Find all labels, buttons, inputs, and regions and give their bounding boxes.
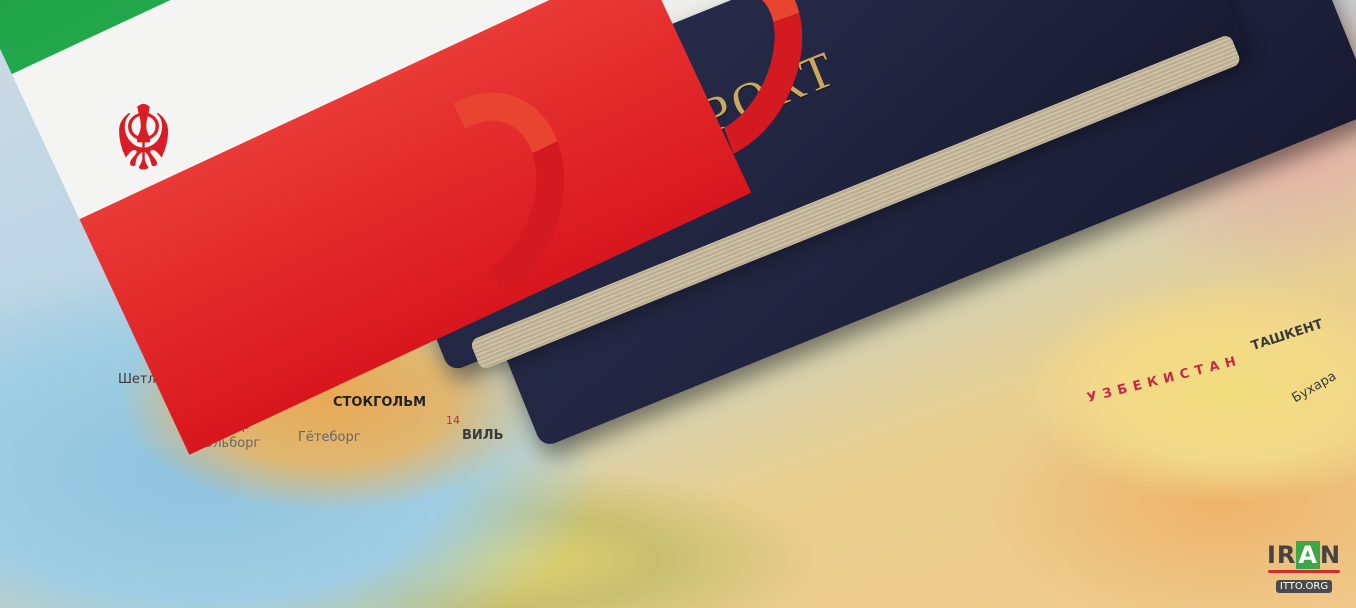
logo-wordmark: IRAN xyxy=(1264,541,1344,569)
map-label: СТОКГОЛЬМ xyxy=(333,395,426,410)
emblem-icon: ☬ xyxy=(112,86,176,191)
map-label: Гётеборг xyxy=(298,430,361,445)
map-label: 14 xyxy=(446,414,460,427)
map-label: ВИЛЬ xyxy=(462,428,504,443)
logo-domain: ITTO.ORG xyxy=(1276,580,1332,593)
photo-scene: Шетландские о-ва (Брит.) Берген ОСЛО СТО… xyxy=(0,0,1356,608)
iran-itto-logo: IRAN ITTO.ORG xyxy=(1264,541,1344,594)
logo-underline xyxy=(1268,570,1340,573)
